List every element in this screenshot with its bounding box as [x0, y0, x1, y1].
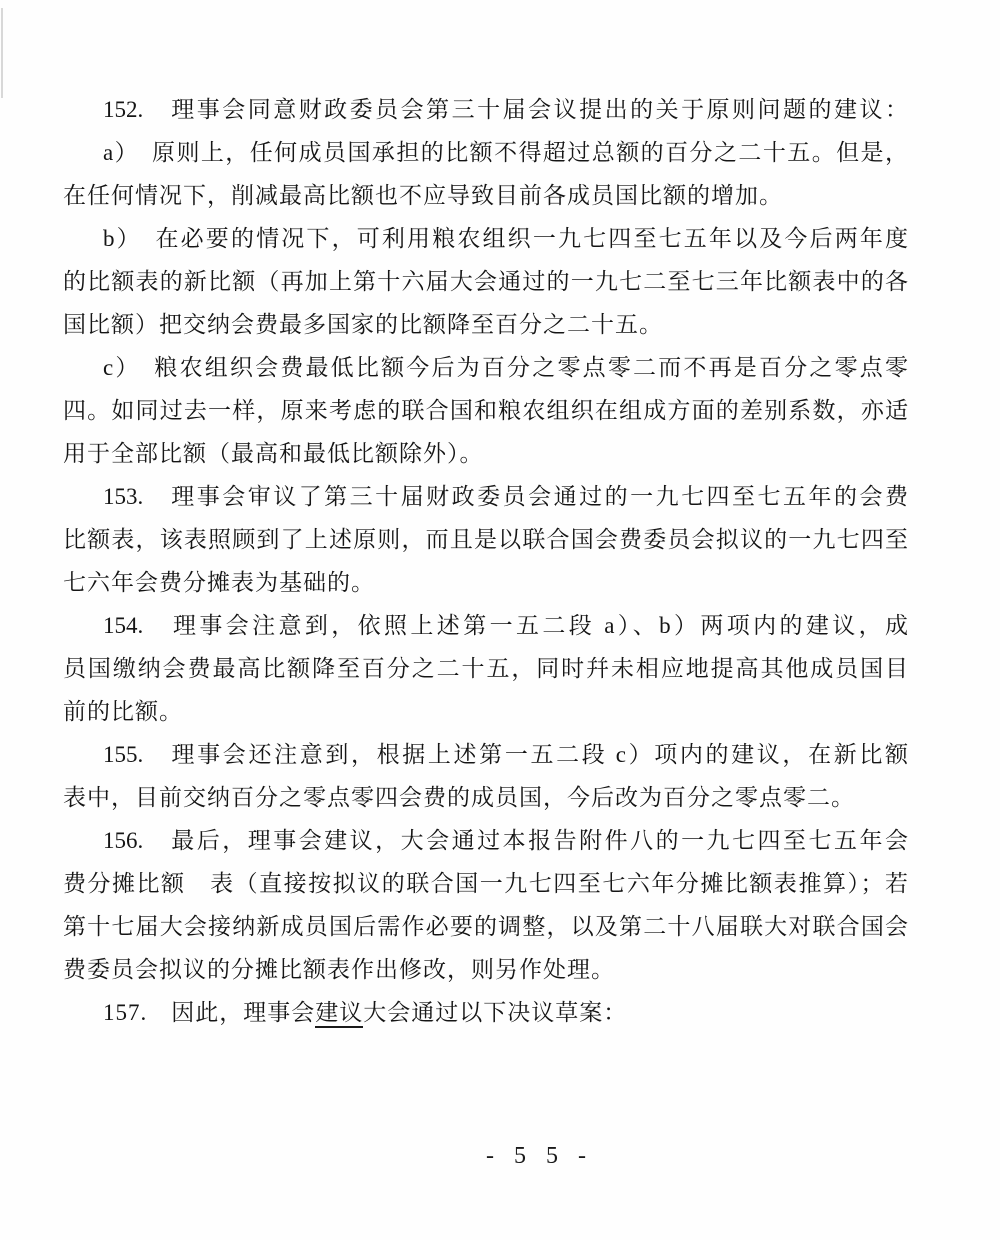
paragraph-154: 154. 理事会注意到，依照上述第一五二段 a）、b）两项内的建议，成 员国缴纳…: [63, 604, 908, 733]
paragraph-155-line-2: 表中，目前交纳百分之零点零四会费的成员国，今后改为百分之零点零二。: [63, 776, 908, 819]
underlined-term: 建议: [315, 1000, 363, 1028]
paragraph-152a-line-2: 在任何情况下，削减最高比额也不应导致目前各成员国比额的增加。: [63, 174, 908, 217]
paragraph-152a: a） 原则上，任何成员国承担的比额不得超过总额的百分之二十五。但是， 在任何情况…: [63, 131, 908, 217]
paragraph-152-line-1: 152. 理事会同意财政委员会第三十届会议提出的关于原则问题的建议：: [63, 88, 908, 131]
paragraph-152b-line-2: 的比额表的新比额（再加上第十六届大会通过的一九七二至七三年比额表中的各: [63, 260, 908, 303]
paragraph-157-text-pre: 157. 因此，理事会: [103, 1000, 315, 1025]
scan-edge-artifact: [1, 8, 3, 98]
paragraph-156-line-1: 156. 最后，理事会建议，大会通过本报告附件八的一九七四至七五年会: [63, 819, 908, 862]
paragraph-156: 156. 最后，理事会建议，大会通过本报告附件八的一九七四至七五年会 费分摊比额…: [63, 819, 908, 991]
scanned-document-page: 152. 理事会同意财政委员会第三十届会议提出的关于原则问题的建议： a） 原则…: [0, 0, 1000, 1240]
paragraph-153-line-1: 153. 理事会审议了第三十届财政委员会通过的一九七四至七五年的会费: [63, 475, 908, 518]
paragraph-154-line-2: 员国缴纳会费最高比额降至百分之二十五，同时幷未相应地提高其他成员国目: [63, 647, 908, 690]
paragraph-152b-line-3: 国比额）把交纳会费最多国家的比额降至百分之二十五。: [63, 303, 908, 346]
paragraph-153-line-2: 比额表，该表照顾到了上述原则，而且是以联合国会费委员会拟议的一九七四至: [63, 518, 908, 561]
paragraph-156-line-4: 费委员会拟议的分摊比额表作出修改，则另作处理。: [63, 948, 908, 991]
paragraph-156-line-3: 第十七届大会接纳新成员国后需作必要的调整，以及第二十八届联大对联合国会: [63, 905, 908, 948]
paragraph-152b-line-1: b） 在必要的情况下，可利用粮农组织一九七四至七五年以及今后两年度: [63, 217, 908, 260]
paragraph-155-line-1: 155. 理事会还注意到，根据上述第一五二段 c）项内的建议，在新比额: [63, 733, 908, 776]
paragraph-152c-line-2: 四。如同过去一样，原来考虑的联合国和粮农组织在组成方面的差别系数，亦适: [63, 389, 908, 432]
paragraph-152c: c） 粮农组织会费最低比额今后为百分之零点零二而不再是百分之零点零 四。如同过去…: [63, 346, 908, 475]
paragraph-154-line-1: 154. 理事会注意到，依照上述第一五二段 a）、b）两项内的建议，成: [63, 604, 908, 647]
paragraph-152a-line-1: a） 原则上，任何成员国承担的比额不得超过总额的百分之二十五。但是，: [63, 131, 908, 174]
paragraph-152c-line-3: 用于全部比额（最高和最低比额除外）。: [63, 432, 908, 475]
paragraph-154-line-3: 前的比额。: [63, 690, 908, 733]
paragraph-156-line-2: 费分摊比额 表（直接按拟议的联合国一九七四至七六年分摊比额表推算）；若: [63, 862, 908, 905]
paragraph-153-line-3: 七六年会费分摊表为基础的。: [63, 561, 908, 604]
paragraph-153: 153. 理事会审议了第三十届财政委员会通过的一九七四至七五年的会费 比额表，该…: [63, 475, 908, 604]
paragraph-152b: b） 在必要的情况下，可利用粮农组织一九七四至七五年以及今后两年度 的比额表的新…: [63, 217, 908, 346]
document-body: 152. 理事会同意财政委员会第三十届会议提出的关于原则问题的建议： a） 原则…: [63, 88, 908, 1034]
paragraph-157-text-post: 大会通过以下决议草案：: [363, 1000, 627, 1025]
paragraph-157: 157. 因此，理事会建议大会通过以下决议草案：: [63, 991, 908, 1034]
paragraph-157-line-1: 157. 因此，理事会建议大会通过以下决议草案：: [63, 991, 908, 1034]
paragraph-152: 152. 理事会同意财政委员会第三十届会议提出的关于原则问题的建议：: [63, 88, 908, 131]
paragraph-152c-line-1: c） 粮农组织会费最低比额今后为百分之零点零二而不再是百分之零点零: [63, 346, 908, 389]
page-number: - 5 5 -: [486, 1143, 593, 1170]
paragraph-155: 155. 理事会还注意到，根据上述第一五二段 c）项内的建议，在新比额 表中，目…: [63, 733, 908, 819]
